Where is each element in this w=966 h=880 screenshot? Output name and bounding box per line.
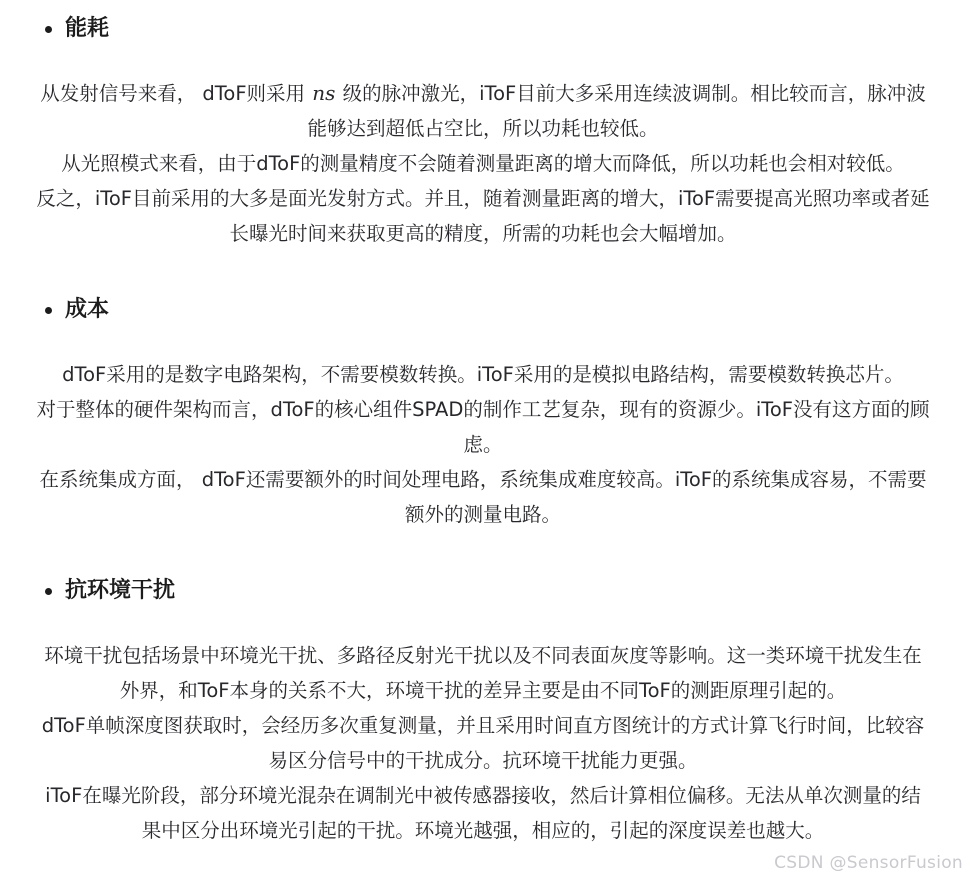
article-section: 抗环境干扰环境干扰包括场景中环境光干扰、多路径反射光干扰以及不同表面灰度等影响。… (36, 576, 930, 848)
paragraph-text: 反之，iToF目前采用的大多是面光发射方式。并且，随着测量距离的增大，iToF需… (36, 187, 929, 245)
article-section: 成本dToF采用的是数字电路架构，不需要模数转换。iToF采用的是模拟电路结构，… (36, 295, 930, 532)
paragraph: 环境干扰包括场景中环境光干扰、多路径反射光干扰以及不同表面灰度等影响。这一类环境… (36, 638, 930, 708)
article-body: 能耗从发射信号来看， dToF则采用 ns 级的脉冲激光，iToF目前大多采用连… (0, 0, 966, 848)
section-title: 能耗 (65, 14, 109, 44)
paragraph-text: dToF采用的是数字电路架构，不需要模数转换。iToF采用的是模拟电路结构，需要… (62, 363, 904, 386)
paragraph-text: iToF在曝光阶段，部分环境光混杂在调制光中被传感器接收，然后计算相位偏移。无法… (45, 784, 921, 842)
paragraph-text: 从光照模式来看，由于dToF的测量精度不会随着测量距离的增大而降低，所以功耗也会… (61, 152, 905, 175)
section-heading: 抗环境干扰 (36, 576, 930, 606)
section-body: 环境干扰包括场景中环境光干扰、多路径反射光干扰以及不同表面灰度等影响。这一类环境… (36, 638, 930, 848)
list-bullet-icon (45, 307, 52, 314)
list-bullet-icon (45, 26, 52, 33)
section-body: 从发射信号来看， dToF则采用 ns 级的脉冲激光，iToF目前大多采用连续波… (36, 76, 930, 251)
section-title: 成本 (65, 295, 109, 325)
paragraph: dToF单帧深度图获取时，会经历多次重复测量，并且采用时间直方图统计的方式计算飞… (36, 708, 930, 778)
section-body: dToF采用的是数字电路架构，不需要模数转换。iToF采用的是模拟电路结构，需要… (36, 357, 930, 532)
paragraph-text: 在系统集成方面， dToF还需要额外的时间处理电路，系统集成难度较高。iToF的… (40, 468, 927, 526)
paragraph: dToF采用的是数字电路架构，不需要模数转换。iToF采用的是模拟电路结构，需要… (36, 357, 930, 392)
paragraph: 从发射信号来看， dToF则采用 ns 级的脉冲激光，iToF目前大多采用连续波… (36, 76, 930, 146)
article-section: 能耗从发射信号来看， dToF则采用 ns 级的脉冲激光，iToF目前大多采用连… (36, 14, 930, 251)
paragraph: iToF在曝光阶段，部分环境光混杂在调制光中被传感器接收，然后计算相位偏移。无法… (36, 778, 930, 848)
paragraph: 在系统集成方面， dToF还需要额外的时间处理电路，系统集成难度较高。iToF的… (36, 462, 930, 532)
paragraph-text: 级的脉冲激光，iToF目前大多采用连续波调制。相比较而言，脉冲波能够达到超低占空… (307, 82, 925, 140)
section-heading: 成本 (36, 295, 930, 325)
paragraph-text: 从发射信号来看， dToF则采用 (40, 82, 311, 105)
section-heading: 能耗 (36, 14, 930, 44)
paragraph-text: dToF单帧深度图获取时，会经历多次重复测量，并且采用时间直方图统计的方式计算飞… (42, 714, 925, 772)
paragraph-text: 对于整体的硬件架构而言，dToF的核心组件SPAD的制作工艺复杂，现有的资源少。… (36, 398, 929, 456)
section-title: 抗环境干扰 (65, 576, 175, 606)
paragraph: 从光照模式来看，由于dToF的测量精度不会随着测量距离的增大而降低，所以功耗也会… (36, 146, 930, 181)
paragraph: 对于整体的硬件架构而言，dToF的核心组件SPAD的制作工艺复杂，现有的资源少。… (36, 392, 930, 462)
paragraph-text: 环境干扰包括场景中环境光干扰、多路径反射光干扰以及不同表面灰度等影响。这一类环境… (44, 644, 922, 702)
list-bullet-icon (45, 588, 52, 595)
csdn-watermark: CSDN @SensorFusion (774, 853, 963, 873)
paragraph: 反之，iToF目前采用的大多是面光发射方式。并且，随着测量距离的增大，iToF需… (36, 181, 930, 251)
math-inline: ns (311, 81, 336, 105)
